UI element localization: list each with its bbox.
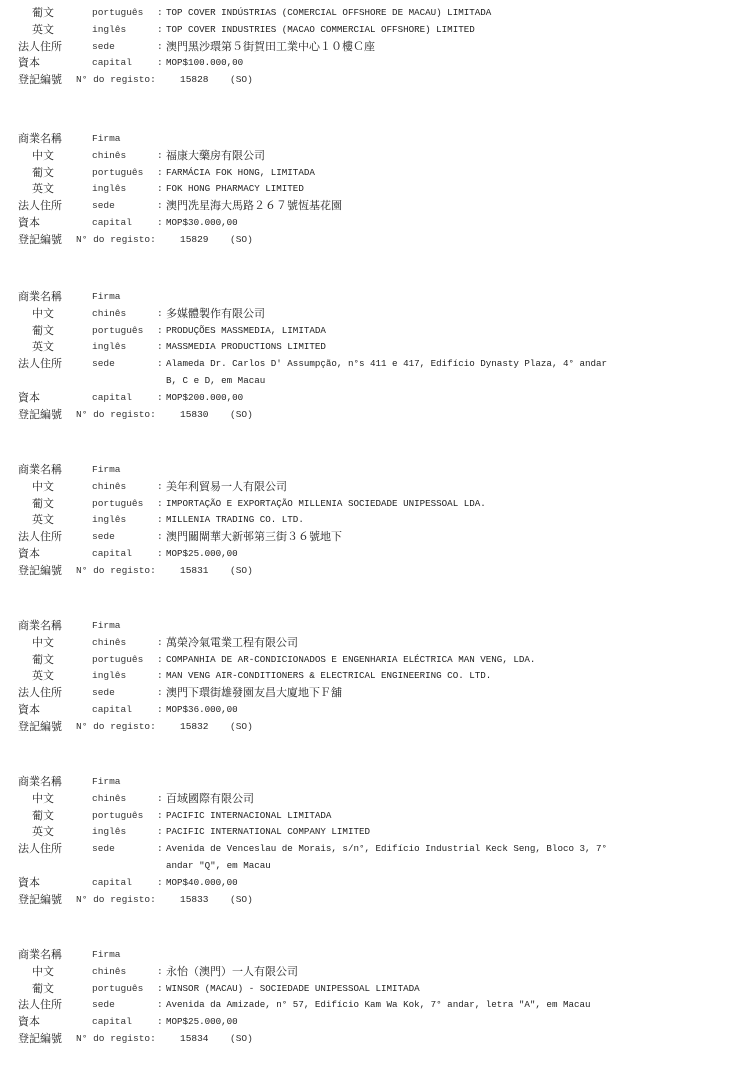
portugues-label: português — [92, 652, 143, 669]
capital-label-cjk: 資本 — [18, 1014, 40, 1031]
portugues-label: português — [92, 808, 143, 825]
firma-label: Firma — [92, 462, 121, 479]
capital-label: capital — [92, 546, 132, 563]
sede-address: 澳門黑沙環第５街賀田工業中心１０樓Ｃ座 — [166, 39, 375, 56]
sede-address: Avenida da Amizade, n° 57, Edifício Kam … — [166, 997, 591, 1014]
sede-address: Avenida de Venceslau de Morais, s/n°, Ed… — [166, 841, 607, 858]
sede-row: 法人住所 sede : Alameda Dr. Carlos D' Assump… — [0, 356, 734, 373]
firma-label-cjk: 商業名稱 — [18, 462, 62, 479]
ingles-name: MILLENIA TRADING CO. LTD. — [166, 512, 304, 529]
portugues-label-cjk: 葡文 — [32, 165, 54, 182]
ingles-label: inglês — [92, 824, 126, 841]
colon: : — [157, 824, 163, 841]
capital-row: 資本 capital : MOP$30.000,00 — [0, 215, 734, 232]
portugues-row: 葡文 português : TOP COVER INDÚSTRIAS (COM… — [0, 5, 734, 22]
ingles-row: 英文 inglês : FOK HONG PHARMACY LIMITED — [0, 181, 734, 198]
colon: : — [157, 685, 163, 702]
colon: : — [157, 546, 163, 563]
chines-label-cjk: 中文 — [32, 306, 54, 323]
registo-label: N° do registo: — [76, 1031, 156, 1048]
portugues-row: 葡文 português : PRODUÇÕES MASSMEDIA, LIMI… — [0, 323, 734, 340]
ingles-label: inglês — [92, 22, 126, 39]
ingles-label-cjk: 英文 — [32, 181, 54, 198]
registry-entry: 商業名稱 Firma 中文 chinês : 萬榮冷氣電業工程有限公司 葡文 p… — [0, 618, 734, 736]
chines-row: 中文 chinês : 福康大藥房有限公司 — [0, 148, 734, 165]
registo-number: 15829 — [180, 232, 209, 249]
registo-row: 登記編號 N° do registo: 15834 (SO) — [0, 1031, 734, 1048]
registo-number: 15832 — [180, 719, 209, 736]
chines-label-cjk: 中文 — [32, 791, 54, 808]
firma-label-cjk: 商業名稱 — [18, 289, 62, 306]
colon: : — [157, 1014, 163, 1031]
firma-label: Firma — [92, 774, 121, 791]
sede-label: sede — [92, 997, 115, 1014]
colon: : — [157, 356, 163, 373]
chines-name: 百域國際有限公司 — [166, 791, 254, 808]
colon: : — [157, 652, 163, 669]
chines-row: 中文 chinês : 美年利貿易一人有限公司 — [0, 479, 734, 496]
registo-row: 登記編號 N° do registo: 15832 (SO) — [0, 719, 734, 736]
registry-page: 葡文 português : TOP COVER INDÚSTRIAS (COM… — [0, 0, 734, 1075]
colon: : — [157, 875, 163, 892]
registo-label: N° do registo: — [76, 72, 156, 89]
ingles-row: 英文 inglês : MILLENIA TRADING CO. LTD. — [0, 512, 734, 529]
firma-label: Firma — [92, 618, 121, 635]
capital-amount: MOP$25.000,00 — [166, 546, 238, 563]
portugues-label-cjk: 葡文 — [32, 5, 54, 22]
registo-suffix: (SO) — [230, 72, 253, 89]
colon: : — [157, 181, 163, 198]
sede-address: 澳門冼星海大馬路２６７號恆基花園 — [166, 198, 342, 215]
registo-number: 15830 — [180, 407, 209, 424]
chines-label-cjk: 中文 — [32, 635, 54, 652]
colon: : — [157, 981, 163, 998]
firma-row: 商業名稱 Firma — [0, 462, 734, 479]
ingles-row: 英文 inglês : MAN VENG AIR-CONDITIONERS & … — [0, 668, 734, 685]
registo-row: 登記編號 N° do registo: 15833 (SO) — [0, 892, 734, 909]
portugues-name: PRODUÇÕES MASSMEDIA, LIMITADA — [166, 323, 326, 340]
portugues-row: 葡文 português : PACIFIC INTERNACIONAL LIM… — [0, 808, 734, 825]
ingles-name: MAN VENG AIR-CONDITIONERS & ELECTRICAL E… — [166, 668, 491, 685]
capital-label-cjk: 資本 — [18, 702, 40, 719]
ingles-row: 英文 inglês : PACIFIC INTERNATIONAL COMPAN… — [0, 824, 734, 841]
registo-label-cjk: 登記編號 — [18, 72, 62, 89]
capital-amount: MOP$200.000,00 — [166, 390, 243, 407]
colon: : — [157, 22, 163, 39]
colon: : — [157, 496, 163, 513]
capital-label: capital — [92, 875, 132, 892]
ingles-row: 英文 inglês : MASSMEDIA PRODUCTIONS LIMITE… — [0, 339, 734, 356]
portugues-name: WINSOR (MACAU) - SOCIEDADE UNIPESSOAL LI… — [166, 981, 420, 998]
capital-label: capital — [92, 1014, 132, 1031]
chines-name: 福康大藥房有限公司 — [166, 148, 265, 165]
firma-row: 商業名稱 Firma — [0, 774, 734, 791]
portugues-name: IMPORTAÇÃO E EXPORTAÇÃO MILLENIA SOCIEDA… — [166, 496, 486, 513]
registry-entry: 商業名稱 Firma 中文 chinês : 多媒體製作有限公司 葡文 port… — [0, 289, 734, 423]
registry-entry: 商業名稱 Firma 中文 chinês : 百域國際有限公司 葡文 portu… — [0, 774, 734, 908]
ingles-label: inglês — [92, 339, 126, 356]
colon: : — [157, 339, 163, 356]
capital-label: capital — [92, 702, 132, 719]
colon: : — [157, 306, 163, 323]
colon: : — [157, 512, 163, 529]
capital-row: 資本 capital : MOP$25.000,00 — [0, 1014, 734, 1031]
registo-row: 登記編號 N° do registo: 15828 (SO) — [0, 72, 734, 89]
registo-label-cjk: 登記編號 — [18, 407, 62, 424]
ingles-name: TOP COVER INDUSTRIES (MACAO COMMERCIAL O… — [166, 22, 475, 39]
capital-amount: MOP$25.000,00 — [166, 1014, 238, 1031]
colon: : — [157, 165, 163, 182]
ingles-name: PACIFIC INTERNATIONAL COMPANY LIMITED — [166, 824, 370, 841]
registo-number: 15831 — [180, 563, 209, 580]
chines-name: 永怡（澳門）一人有限公司 — [166, 964, 298, 981]
sede-label-cjk: 法人住所 — [18, 529, 62, 546]
chines-label: chinês — [92, 306, 126, 323]
registo-number: 15828 — [180, 72, 209, 89]
sede-row: 法人住所 sede : Avenida de Venceslau de Mora… — [0, 841, 734, 858]
colon: : — [157, 964, 163, 981]
registo-row: 登記編號 N° do registo: 15830 (SO) — [0, 407, 734, 424]
firma-label: Firma — [92, 131, 121, 148]
chines-row: 中文 chinês : 萬榮冷氣電業工程有限公司 — [0, 635, 734, 652]
sede-row: 法人住所 sede : Avenida da Amizade, n° 57, E… — [0, 997, 734, 1014]
capital-amount: MOP$40.000,00 — [166, 875, 238, 892]
portugues-label-cjk: 葡文 — [32, 496, 54, 513]
chines-row: 中文 chinês : 多媒體製作有限公司 — [0, 306, 734, 323]
registo-label-cjk: 登記編號 — [18, 1031, 62, 1048]
sede-row-continued: andar "Q", em Macau — [0, 858, 734, 875]
registo-suffix: (SO) — [230, 232, 253, 249]
portugues-name: FARMÁCIA FOK HONG, LIMITADA — [166, 165, 315, 182]
registry-entry: 商業名稱 Firma 中文 chinês : 永怡（澳門）一人有限公司 葡文 p… — [0, 947, 734, 1048]
portugues-label: português — [92, 496, 143, 513]
capital-row: 資本 capital : MOP$200.000,00 — [0, 390, 734, 407]
sede-label-cjk: 法人住所 — [18, 356, 62, 373]
capital-amount: MOP$30.000,00 — [166, 215, 238, 232]
sede-label: sede — [92, 529, 115, 546]
capital-label: capital — [92, 390, 132, 407]
ingles-label: inglês — [92, 181, 126, 198]
sede-label-cjk: 法人住所 — [18, 841, 62, 858]
sede-row: 法人住所 sede : 澳門下環街雄發園友昌大廈地下Ｆ舖 — [0, 685, 734, 702]
sede-row-continued: B, C e D, em Macau — [0, 373, 734, 390]
registo-suffix: (SO) — [230, 892, 253, 909]
portugues-label: português — [92, 981, 143, 998]
registo-row: 登記編號 N° do registo: 15829 (SO) — [0, 232, 734, 249]
chines-label: chinês — [92, 635, 126, 652]
registry-entry: 商業名稱 Firma 中文 chinês : 福康大藥房有限公司 葡文 port… — [0, 131, 734, 249]
capital-label-cjk: 資本 — [18, 215, 40, 232]
chines-name: 萬榮冷氣電業工程有限公司 — [166, 635, 298, 652]
portugues-name: TOP COVER INDÚSTRIAS (COMERCIAL OFFSHORE… — [166, 5, 491, 22]
registo-label-cjk: 登記編號 — [18, 232, 62, 249]
chines-label: chinês — [92, 148, 126, 165]
colon: : — [157, 635, 163, 652]
firma-label: Firma — [92, 289, 121, 306]
firma-row: 商業名稱 Firma — [0, 618, 734, 635]
portugues-label-cjk: 葡文 — [32, 652, 54, 669]
capital-label: capital — [92, 55, 132, 72]
firma-label: Firma — [92, 947, 121, 964]
firma-label-cjk: 商業名稱 — [18, 947, 62, 964]
registo-label-cjk: 登記編號 — [18, 892, 62, 909]
portugues-label: português — [92, 165, 143, 182]
colon: : — [157, 529, 163, 546]
registo-label: N° do registo: — [76, 719, 156, 736]
sede-label: sede — [92, 39, 115, 56]
sede-address: Alameda Dr. Carlos D' Assumpção, n°s 411… — [166, 356, 607, 373]
sede-label-cjk: 法人住所 — [18, 39, 62, 56]
sede-address: 澳門關閘華大新邨第三街３６號地下 — [166, 529, 342, 546]
portugues-name: PACIFIC INTERNACIONAL LIMITADA — [166, 808, 331, 825]
chines-label: chinês — [92, 791, 126, 808]
colon: : — [157, 791, 163, 808]
capital-label: capital — [92, 215, 132, 232]
portugues-label: português — [92, 323, 143, 340]
registo-number: 15833 — [180, 892, 209, 909]
capital-row: 資本 capital : MOP$25.000,00 — [0, 546, 734, 563]
colon: : — [157, 841, 163, 858]
sede-row: 法人住所 sede : 澳門冼星海大馬路２６７號恆基花園 — [0, 198, 734, 215]
portugues-row: 葡文 português : COMPANHIA DE AR-CONDICION… — [0, 652, 734, 669]
portugues-label-cjk: 葡文 — [32, 981, 54, 998]
capital-row: 資本 capital : MOP$36.000,00 — [0, 702, 734, 719]
sede-label: sede — [92, 356, 115, 373]
ingles-label: inglês — [92, 668, 126, 685]
portugues-name: COMPANHIA DE AR-CONDICIONADOS E ENGENHAR… — [166, 652, 535, 669]
registo-suffix: (SO) — [230, 563, 253, 580]
capital-amount: MOP$100.000,00 — [166, 55, 243, 72]
ingles-name: FOK HONG PHARMACY LIMITED — [166, 181, 304, 198]
firma-label-cjk: 商業名稱 — [18, 618, 62, 635]
registo-label: N° do registo: — [76, 892, 156, 909]
sede-label: sede — [92, 841, 115, 858]
firma-label-cjk: 商業名稱 — [18, 774, 62, 791]
colon: : — [157, 390, 163, 407]
sede-label: sede — [92, 685, 115, 702]
registo-suffix: (SO) — [230, 1031, 253, 1048]
firma-row: 商業名稱 Firma — [0, 947, 734, 964]
sede-address-line2: B, C e D, em Macau — [166, 373, 265, 390]
portugues-row: 葡文 português : IMPORTAÇÃO E EXPORTAÇÃO M… — [0, 496, 734, 513]
portugues-row: 葡文 português : FARMÁCIA FOK HONG, LIMITA… — [0, 165, 734, 182]
chines-name: 美年利貿易一人有限公司 — [166, 479, 287, 496]
sede-address: 澳門下環街雄發園友昌大廈地下Ｆ舖 — [166, 685, 342, 702]
ingles-label-cjk: 英文 — [32, 824, 54, 841]
ingles-label-cjk: 英文 — [32, 22, 54, 39]
chines-label-cjk: 中文 — [32, 964, 54, 981]
registo-label: N° do registo: — [76, 563, 156, 580]
capital-amount: MOP$36.000,00 — [166, 702, 238, 719]
chines-name: 多媒體製作有限公司 — [166, 306, 265, 323]
chines-label: chinês — [92, 479, 126, 496]
chines-row: 中文 chinês : 百域國際有限公司 — [0, 791, 734, 808]
colon: : — [157, 215, 163, 232]
colon: : — [157, 148, 163, 165]
colon: : — [157, 702, 163, 719]
ingles-label-cjk: 英文 — [32, 668, 54, 685]
ingles-row: 英文 inglês : TOP COVER INDUSTRIES (MACAO … — [0, 22, 734, 39]
sede-address-line2: andar "Q", em Macau — [166, 858, 271, 875]
capital-row: 資本 capital : MOP$40.000,00 — [0, 875, 734, 892]
colon: : — [157, 479, 163, 496]
sede-label-cjk: 法人住所 — [18, 198, 62, 215]
portugues-label-cjk: 葡文 — [32, 808, 54, 825]
registo-label-cjk: 登記編號 — [18, 563, 62, 580]
ingles-name: MASSMEDIA PRODUCTIONS LIMITED — [166, 339, 326, 356]
capital-label-cjk: 資本 — [18, 546, 40, 563]
registo-label: N° do registo: — [76, 232, 156, 249]
firma-row: 商業名稱 Firma — [0, 131, 734, 148]
sede-row: 法人住所 sede : 澳門關閘華大新邨第三街３６號地下 — [0, 529, 734, 546]
portugues-label: português — [92, 5, 143, 22]
chines-label: chinês — [92, 964, 126, 981]
colon: : — [157, 55, 163, 72]
chines-row: 中文 chinês : 永怡（澳門）一人有限公司 — [0, 964, 734, 981]
colon: : — [157, 668, 163, 685]
registo-suffix: (SO) — [230, 719, 253, 736]
capital-label-cjk: 資本 — [18, 390, 40, 407]
capital-label-cjk: 資本 — [18, 55, 40, 72]
colon: : — [157, 997, 163, 1014]
ingles-label-cjk: 英文 — [32, 339, 54, 356]
colon: : — [157, 198, 163, 215]
registry-entry: 葡文 português : TOP COVER INDÚSTRIAS (COM… — [0, 5, 734, 89]
registo-row: 登記編號 N° do registo: 15831 (SO) — [0, 563, 734, 580]
portugues-label-cjk: 葡文 — [32, 323, 54, 340]
registo-number: 15834 — [180, 1031, 209, 1048]
registo-label-cjk: 登記編號 — [18, 719, 62, 736]
colon: : — [157, 323, 163, 340]
chines-label-cjk: 中文 — [32, 479, 54, 496]
ingles-label-cjk: 英文 — [32, 512, 54, 529]
firma-row: 商業名稱 Firma — [0, 289, 734, 306]
firma-label-cjk: 商業名稱 — [18, 131, 62, 148]
colon: : — [157, 808, 163, 825]
registo-suffix: (SO) — [230, 407, 253, 424]
sede-label-cjk: 法人住所 — [18, 685, 62, 702]
capital-label-cjk: 資本 — [18, 875, 40, 892]
registo-label: N° do registo: — [76, 407, 156, 424]
colon: : — [157, 5, 163, 22]
colon: : — [157, 39, 163, 56]
sede-row: 法人住所 sede : 澳門黑沙環第５街賀田工業中心１０樓Ｃ座 — [0, 39, 734, 56]
sede-label-cjk: 法人住所 — [18, 997, 62, 1014]
chines-label-cjk: 中文 — [32, 148, 54, 165]
sede-label: sede — [92, 198, 115, 215]
capital-row: 資本 capital : MOP$100.000,00 — [0, 55, 734, 72]
registry-entry: 商業名稱 Firma 中文 chinês : 美年利貿易一人有限公司 葡文 po… — [0, 462, 734, 580]
portugues-row: 葡文 português : WINSOR (MACAU) - SOCIEDAD… — [0, 981, 734, 998]
ingles-label: inglês — [92, 512, 126, 529]
